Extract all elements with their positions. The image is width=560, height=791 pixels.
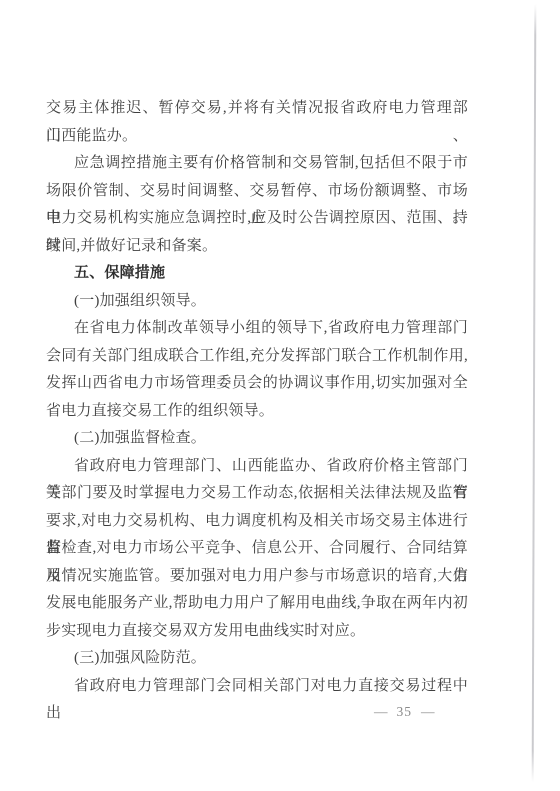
section-heading: 五、保障措施 — [46, 260, 468, 288]
text-line: 时间,并做好记录和备案。 — [46, 233, 468, 261]
subsection-heading: (二)加强监督检查。 — [46, 425, 468, 453]
text-line: 关部门要及时掌握电力交易工作动态,依据相关法律法规及监管 — [46, 480, 468, 508]
subsection-heading: (一)加强组织领导。 — [46, 288, 468, 316]
text-line: 省政府电力管理部门、山西能监办、省政府价格主管部门等有 — [46, 453, 468, 481]
footer-dash-left: — — [374, 702, 388, 722]
page-number: 35 — [397, 702, 413, 722]
text-line: 用情况实施监管。要加强对电力用户参与市场意识的培育,大力 — [46, 563, 468, 591]
text-line: 督检查,对电力市场公平竞争、信息公开、合同履行、合同结算及信 — [46, 535, 468, 563]
page-background: 交易主体推迟、暂停交易,并将有关情况报省政府电力管理部门、 山西能监办。 应急调… — [0, 0, 560, 791]
text-line: 应急调控措施主要有价格管制和交易管制,包括但不限于市 — [46, 150, 468, 178]
text-line: 省电力直接交易工作的组织领导。 — [46, 398, 468, 426]
text-line: 发挥山西省电力市场管理委员会的协调议事作用,切实加强对全 — [46, 370, 468, 398]
text-line: 会同有关部门组成联合工作组,充分发挥部门联合工作机制作用, — [46, 343, 468, 371]
text-line: 发展电能服务产业,帮助电力用户了解用电曲线,争取在两年内初 — [46, 590, 468, 618]
text-line: 省政府电力管理部门会同相关部门对电力直接交易过程中出 — [46, 673, 468, 701]
subsection-heading: (三)加强风险防范。 — [46, 645, 468, 673]
text-line: 在省电力体制改革领导小组的领导下,省政府电力管理部门 — [46, 315, 468, 343]
scan-edge-line — [532, 4, 537, 782]
text-line: 场限价管制、交易时间调整、交易暂停、市场份额调整、市场中止。 — [46, 178, 468, 206]
text-line: 要求,对电力交易机构、电力调度机构及相关市场交易主体进行监 — [46, 508, 468, 536]
scanned-document-page: { "document": { "lines": [ {"text": "交易主… — [0, 0, 560, 791]
text-line: 电力交易机构实施应急调控时,应及时公告调控原因、范围、持续 — [46, 205, 468, 233]
document-body: 交易主体推迟、暂停交易,并将有关情况报省政府电力管理部门、 山西能监办。 应急调… — [46, 95, 468, 700]
page-number-footer: — 35 — — [374, 702, 435, 722]
footer-dash-right: — — [421, 702, 435, 722]
text-line: 交易主体推迟、暂停交易,并将有关情况报省政府电力管理部门、 — [46, 95, 468, 123]
text-line: 步实现电力直接交易双方发用电曲线实时对应。 — [46, 618, 468, 646]
